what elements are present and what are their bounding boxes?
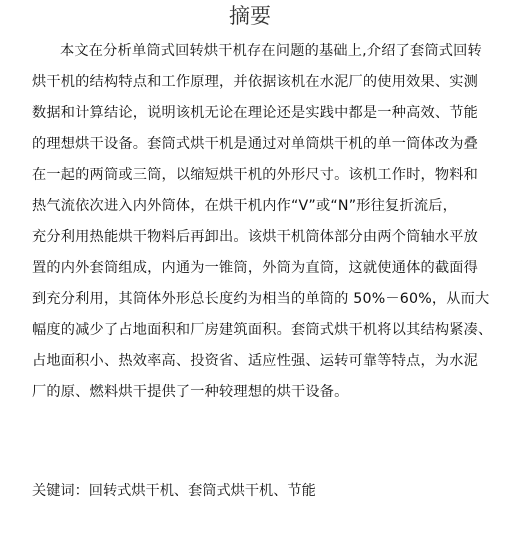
abstract-line: 热气流依次进入内外筒体，在烘干机内作“V”或“N”形往复折流后， (32, 191, 474, 222)
abstract-line: 数据和计算结论，说明该机无论在理论还是实践中都是一种高效、节能 (32, 98, 474, 129)
abstract-paragraph: 本文在分析单筒式回转烘干机存在问题的基础上,介绍了套筒式回转 烘干机的结构特点和… (32, 36, 474, 408)
abstract-line: 烘干机的结构特点和工作原理，并依据该机在水泥厂的使用效果、实测 (32, 67, 474, 98)
abstract-line: 充分利用热能烘干物料后再卸出。该烘干机筒体部分由两个筒轴水平放 (32, 222, 474, 253)
abstract-line: 厂的原、燃料烘干提供了一种较理想的烘干设备。 (32, 377, 474, 408)
abstract-line: 置的内外套筒组成，内通为一锥筒，外筒为直筒，这就使通体的截面得 (32, 253, 474, 284)
abstract-title: 摘要 (0, 2, 500, 30)
keywords: 关键词：回转式烘干机、套筒式烘干机、节能 (32, 476, 316, 507)
abstract-line: 在一起的两筒或三筒，以缩短烘干机的外形尺寸。该机工作时，物料和 (32, 160, 474, 191)
keywords-list: 回转式烘干机、套筒式烘干机、节能 (89, 483, 316, 499)
abstract-line: 到充分利用，其筒体外形总长度约为相当的单筒的 50%－60%，从而大 (32, 284, 474, 315)
keywords-label: 关键词： (32, 483, 89, 499)
abstract-line: 占地面积小、热效率高、投资省、适应性强、运转可靠等特点，为水泥 (32, 346, 474, 377)
abstract-line: 本文在分析单筒式回转烘干机存在问题的基础上,介绍了套筒式回转 (32, 36, 474, 67)
abstract-line: 幅度的减少了占地面积和厂房建筑面积。套筒式烘干机将以其结构紧凑、 (32, 315, 474, 346)
abstract-line: 的理想烘干设备。套筒式烘干机是通过对单筒烘干机的单一筒体改为叠 (32, 129, 474, 160)
